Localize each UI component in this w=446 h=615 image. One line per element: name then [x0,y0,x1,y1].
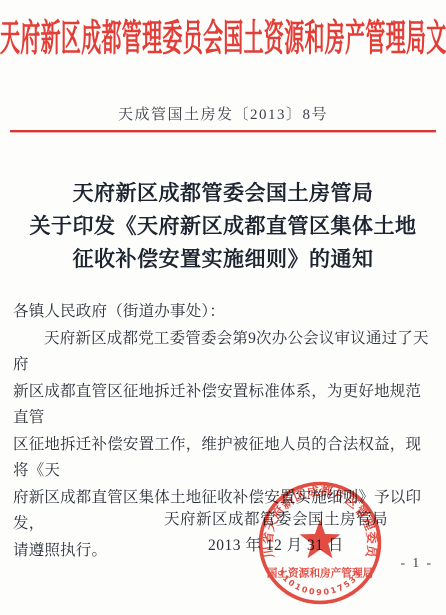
body-paragraph-line: 新区成都直管区征地拆迁补偿安置标准体系，为更好地规范直管 [13,379,433,432]
document-title-line-1: 天府新区成都管委会国土房管局 [0,177,446,210]
header-divider-line [10,130,436,133]
seal-serial-number: 5101009017533 [276,568,365,597]
salutation-line: 各镇人民政府（街道办事处）： [13,299,433,326]
signature-org: 天府新区成都管委会国土房管局 [164,507,388,533]
page-number: - 1 - [401,555,434,571]
signature-date: 2013 年 12 月 31 日 [164,533,388,559]
document-title-line-3: 征收补偿安置实施细则》的通知 [0,243,446,276]
document-number: 天成管国土房发〔2013〕8号 [0,103,446,124]
document-title-line-2: 关于印发《天府新区成都直管区集体土地 [0,210,446,243]
seal-center-text: 国土资源和房产管理局 [267,567,374,580]
body-paragraph-line: 天府新区成都党工委管委会第9次办公会议审议通过了天府 [13,326,433,379]
document-title: 天府新区成都管委会国土房管局 关于印发《天府新区成都直管区集体土地 征收补偿安置… [0,177,446,276]
document-page: 天府新区成都管理委员会国土资源和房产管理局文件 天成管国土房发〔2013〕8号 … [0,0,446,615]
signature-block: 天府新区成都管委会国土房管局 2013 年 12 月 31 日 [164,507,388,559]
body-paragraph-line: 区征地拆迁补偿安置工作，维护被征地人员的合法权益，现将《天 [13,432,433,485]
document-header-org-title: 天府新区成都管理委员会国土资源和房产管理局文件 [0,8,446,62]
